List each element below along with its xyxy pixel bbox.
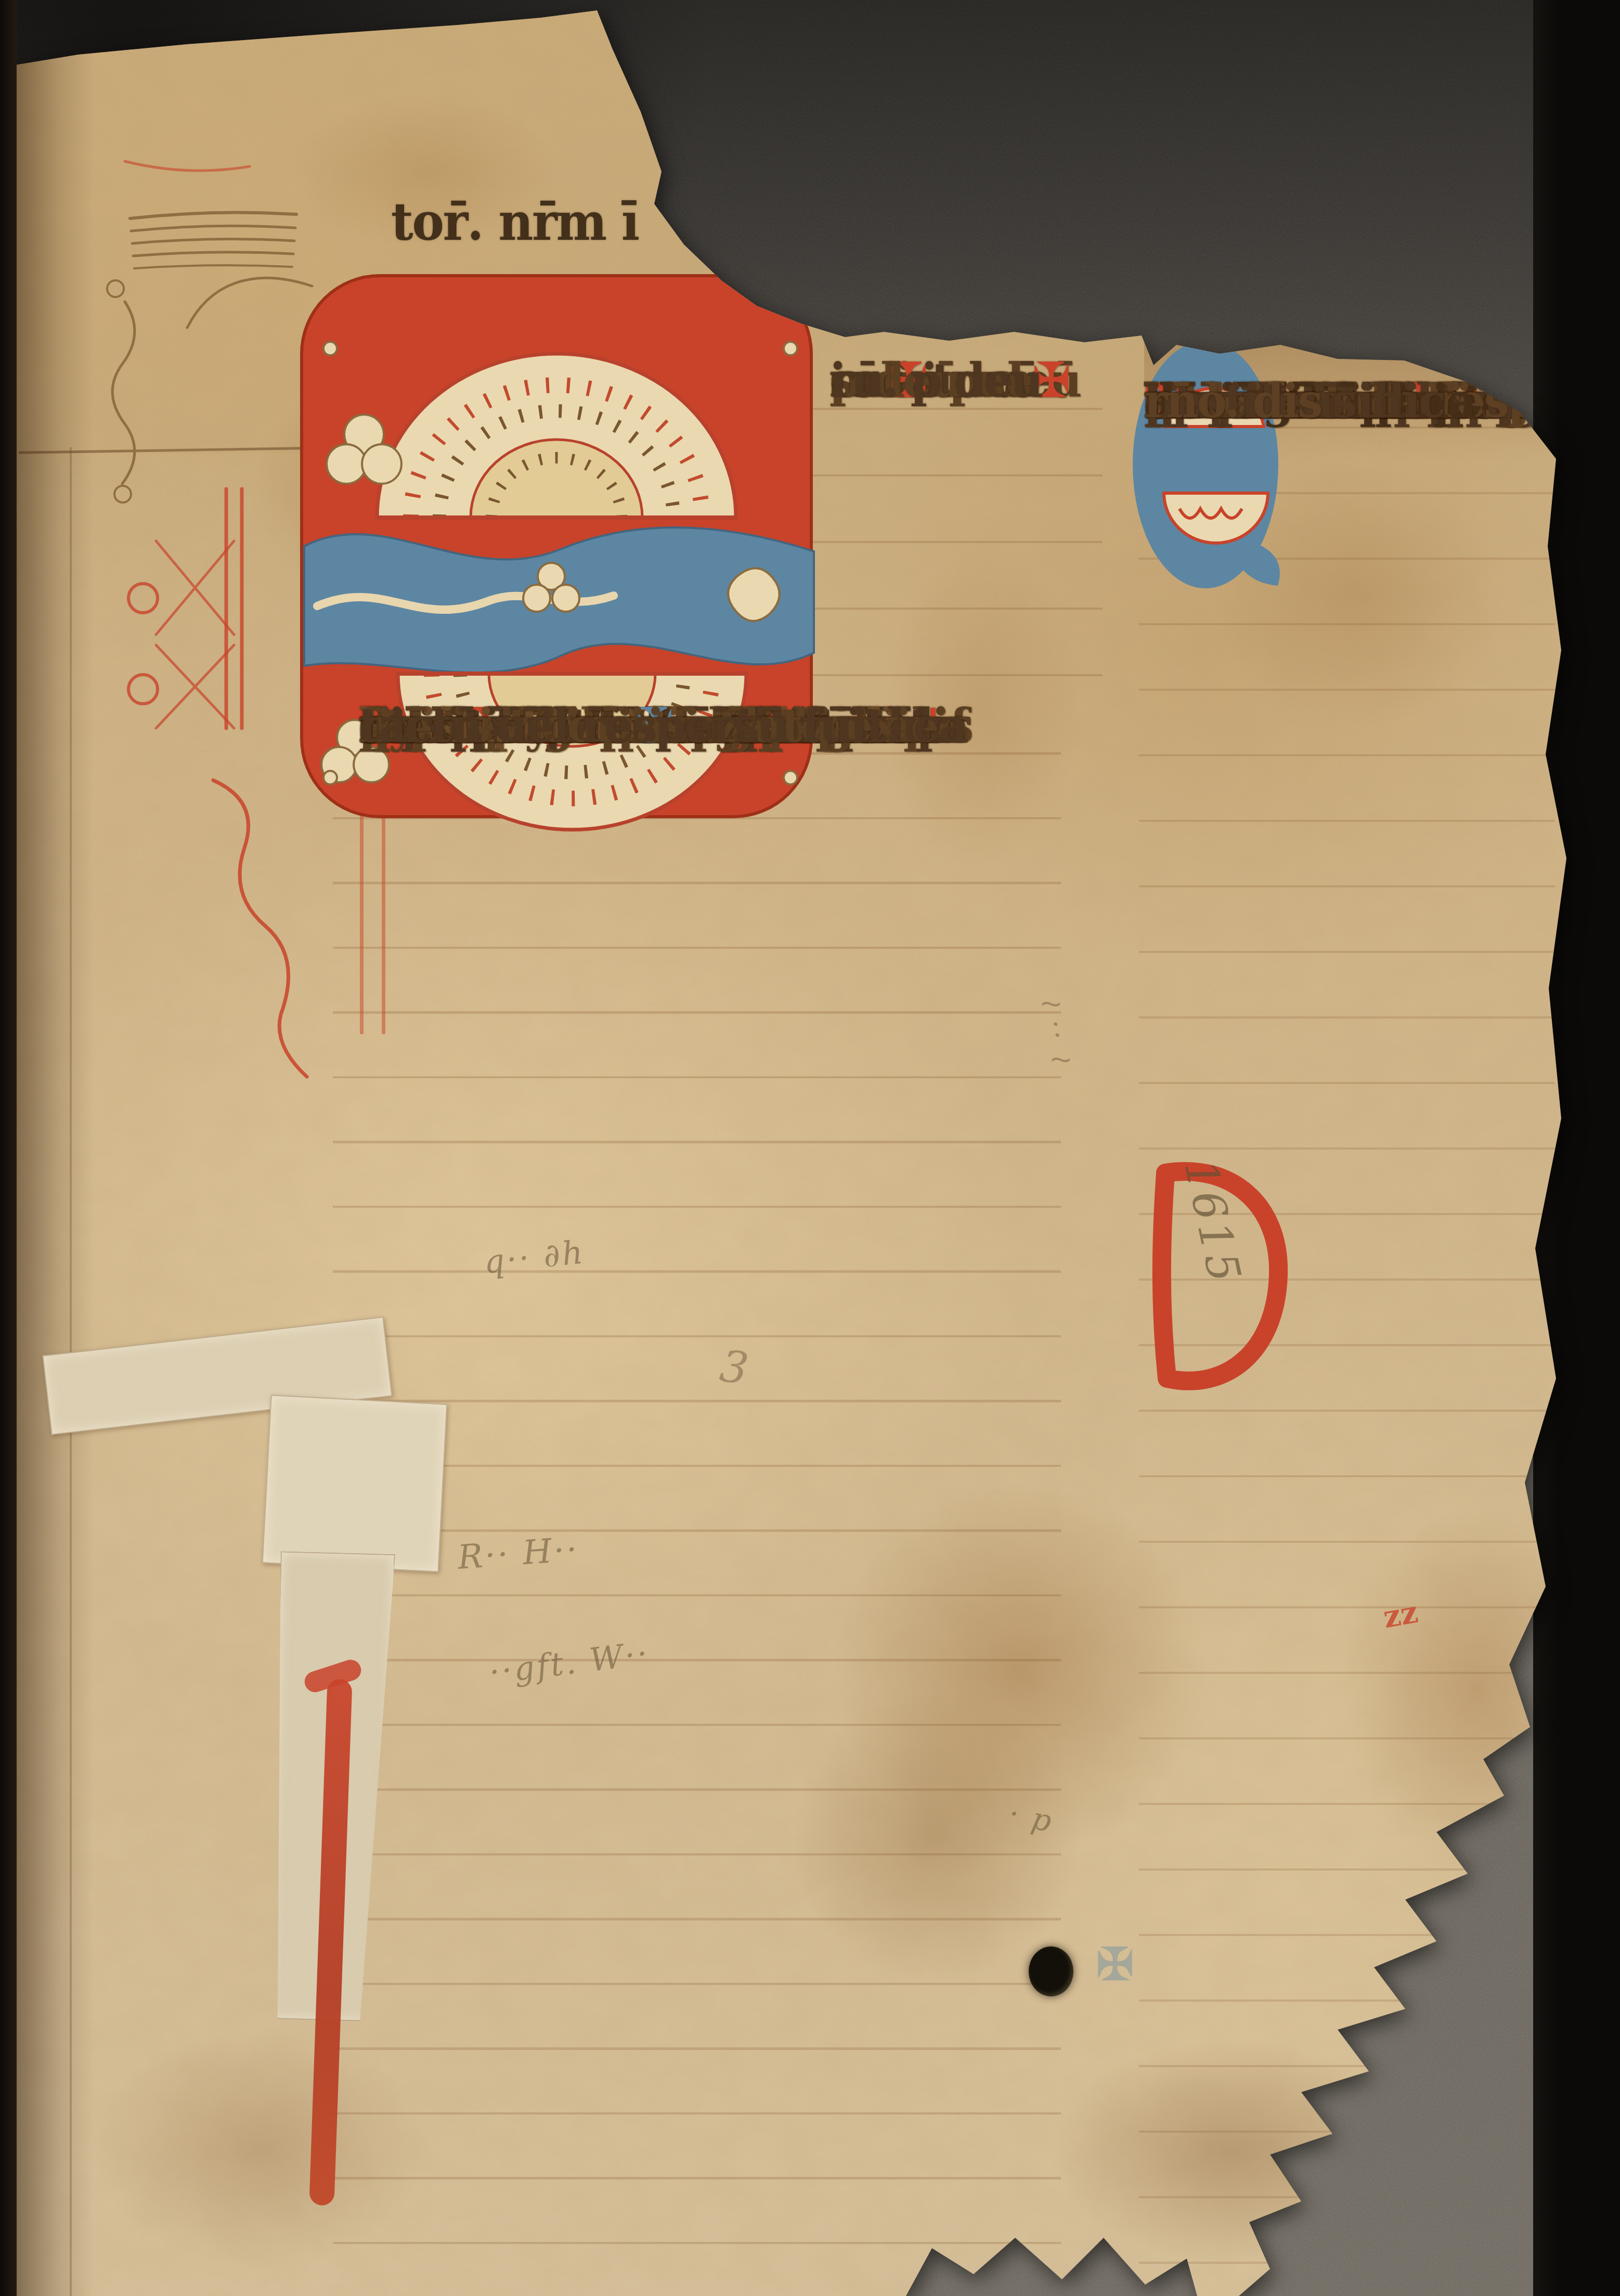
left-edge-strip	[0, 0, 17, 2296]
parchment-leaf: q·· ∂h 3 R·· H·· ··gft. W·· ≀ ·· ≀ · p	[0, 0, 1620, 2296]
text-line: rno. dis	[1144, 367, 1321, 435]
parchment-hole	[1029, 1946, 1073, 1996]
illuminated-initial-e	[94, 130, 884, 1118]
repair-patch	[262, 1395, 447, 1572]
leaf-wrapper: q·· ∂h 3 R·· H·· ··gft. W·· ≀ ·· ≀ · p	[0, 0, 1620, 2296]
top-fragment-line: tor̄. nr̄m ī	[391, 191, 639, 252]
blue-cross-mark: ✠	[1096, 1938, 1134, 1991]
text-line: tactū uel respersū fuit. ca	[359, 692, 966, 760]
text-line: rū. p deū	[830, 345, 1042, 415]
manuscript-photo: q·· ∂h 3 R·· H·· ··gft. W·· ≀ ·· ≀ · p	[0, 0, 1620, 2296]
red-squiggle: zz	[1381, 1594, 1421, 1635]
binding-edge-shadow	[16, 0, 94, 2296]
